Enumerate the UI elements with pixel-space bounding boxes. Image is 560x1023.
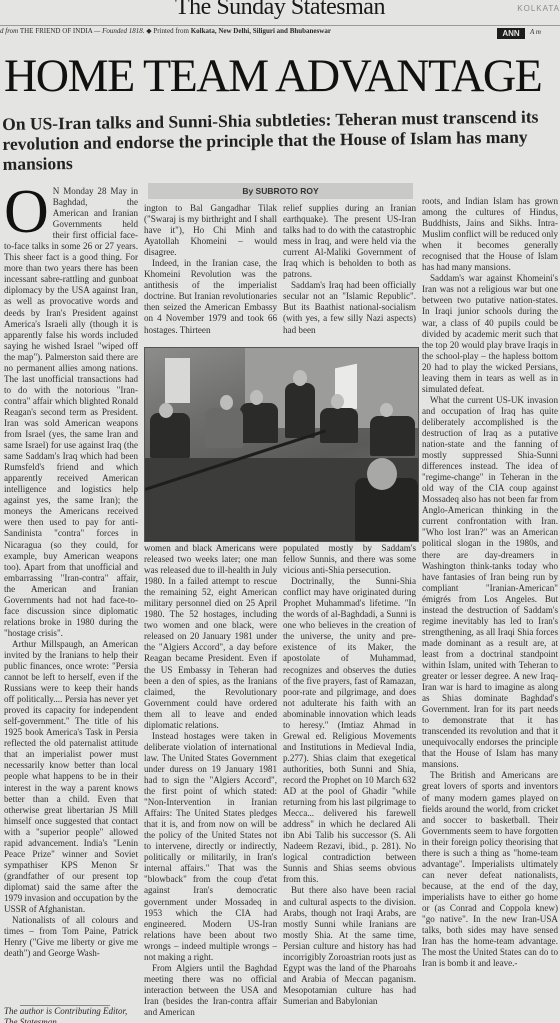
paragraph: N Monday 28 May in Baghdad, the American… xyxy=(4,186,138,639)
column-3-bottom: populated mostly by Saddam's fellow Sunn… xyxy=(283,543,416,1021)
masthead: The Sunday Statesman KOLKATA xyxy=(0,0,560,20)
paragraph: roots, and Indian Islam has grown among … xyxy=(422,196,558,273)
column-3-top: relief supplies during an Iranian earthq… xyxy=(283,203,416,345)
strapline: d from THE FRIEND OF INDIA — Founded 181… xyxy=(0,25,560,39)
dropcap: O xyxy=(4,188,49,236)
paragraph: ington to Bal Gangadhar Tilak ("Swaraj i… xyxy=(144,203,277,258)
paragraph: What the current US-UK invasion and occu… xyxy=(422,395,558,771)
paragraph: relief supplies during an Iranian earthq… xyxy=(283,203,416,280)
photo-head xyxy=(159,403,173,418)
paragraph: Saddam's war against Khomeini's Iran was… xyxy=(422,273,558,395)
paragraph: From Algiers until the Baghdad meeting t… xyxy=(144,963,277,1018)
photo-person xyxy=(150,413,190,458)
news-photo xyxy=(144,347,419,542)
paragraph: Nationalists of all colours and times – … xyxy=(4,915,138,959)
paragraph: Indeed, in the Iranian case, the Khomein… xyxy=(144,258,277,335)
edition-label: KOLKATA xyxy=(517,4,560,13)
column-2-top: ington to Bal Gangadhar Tilak ("Swaraj i… xyxy=(144,203,277,345)
photo-person xyxy=(205,408,243,448)
paragraph: Instead hostages were taken in deliberat… xyxy=(144,731,277,963)
photo-person xyxy=(240,403,278,443)
standfirst: On US-Iran talks and Sunni-Shia subtleti… xyxy=(2,106,560,174)
byline: By SUBROTO ROY xyxy=(148,183,413,199)
photo-air-conditioner xyxy=(165,358,190,403)
paragraph: populated mostly by Saddam's fellow Sunn… xyxy=(283,543,416,576)
paragraph: But there also have been racial and cult… xyxy=(283,885,416,1007)
strapline-printed: ◆ Printed from xyxy=(146,27,189,35)
column-2-bottom: women and black Americans were released … xyxy=(144,543,277,1021)
photo-head xyxy=(250,390,263,405)
strapline-cities: Kolkata, New Delhi, Siliguri and Bhubane… xyxy=(191,27,331,35)
photo-person xyxy=(285,383,315,438)
column-1: O N Monday 28 May in Baghdad, the Americ… xyxy=(4,186,138,1001)
column-4: roots, and Indian Islam has grown among … xyxy=(422,196,558,1022)
photo-head xyxy=(380,403,393,417)
paragraph: women and black Americans were released … xyxy=(144,543,277,731)
photo-person xyxy=(370,416,415,456)
photo-person xyxy=(320,408,358,443)
photo-head xyxy=(367,458,397,490)
headline: HOME TEAM ADVANTAGE xyxy=(4,52,541,100)
photo-head xyxy=(331,394,344,409)
paragraph: The British and Americans are great love… xyxy=(422,770,558,969)
strapline-founded: — Founded 1818. xyxy=(94,27,144,35)
photo-head xyxy=(220,395,233,410)
newspaper-title: The Sunday Statesman xyxy=(175,0,385,21)
paragraph: Saddam's Iraq had been officially secula… xyxy=(283,280,416,335)
author-note: The author is Contributing Editor, The S… xyxy=(4,1006,139,1023)
photo-head xyxy=(293,370,307,386)
paragraph: Arthur Millspaugh, an American invited b… xyxy=(4,639,138,915)
strapline-parent: THE FRIEND OF INDIA xyxy=(20,27,93,35)
strapline-prefix: d from xyxy=(0,27,18,35)
network-tag: A m xyxy=(530,28,541,36)
paragraph: Doctrinally, the Sunni-Shia conflict may… xyxy=(283,576,416,885)
ann-logo-icon: ANN xyxy=(497,28,525,39)
